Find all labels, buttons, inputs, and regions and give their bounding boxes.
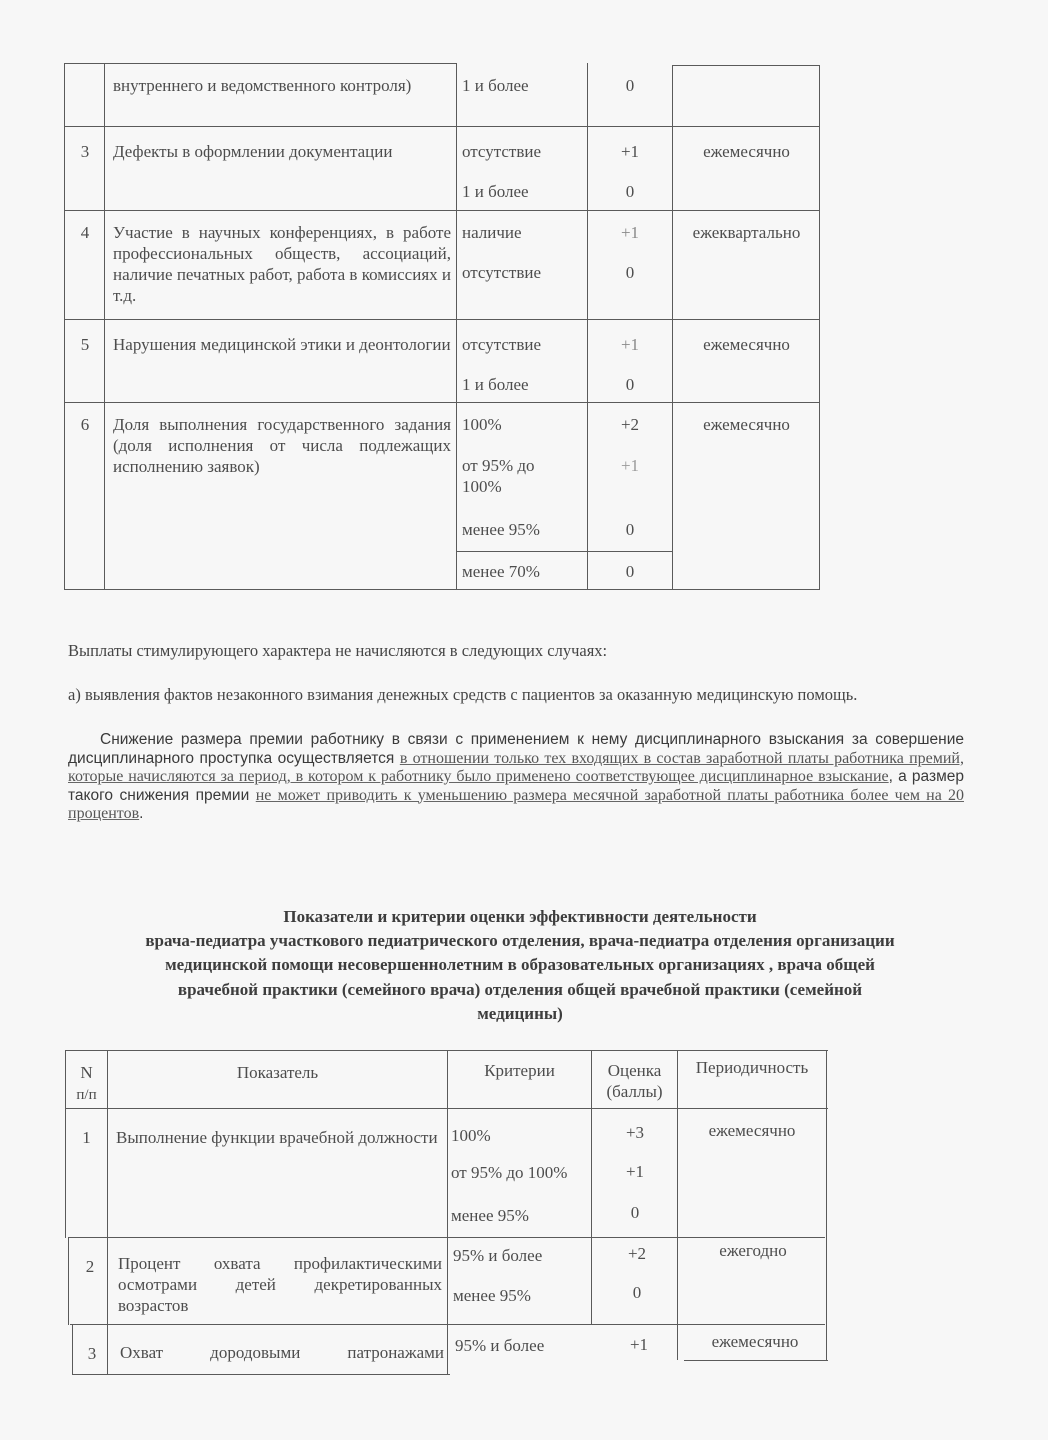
- table-border: [64, 63, 65, 590]
- header-criteria: Критерии: [448, 1060, 591, 1081]
- no-payment-heading: Выплаты стимулирующего характера не начи…: [68, 641, 964, 661]
- table-border: [677, 1050, 678, 1360]
- score-cell: +1: [590, 222, 670, 243]
- indicator-cell: Доля выполнения государственного задания…: [113, 414, 451, 477]
- section-title-line-5: медицины): [60, 1003, 980, 1026]
- period-cell: ежемесячно: [674, 414, 819, 435]
- period-cell: ежеквартально: [674, 222, 819, 243]
- score-cell: +1: [590, 334, 670, 355]
- score-cell: +2: [596, 1243, 678, 1264]
- table-border: [64, 402, 820, 403]
- table-border: [587, 63, 588, 590]
- score-cell: +3: [594, 1122, 676, 1143]
- table-border: [672, 65, 820, 66]
- table-border: [672, 65, 673, 590]
- row-number: 3: [74, 1343, 110, 1364]
- criteria-cell: отсутствие: [462, 141, 541, 162]
- indicator-cell: Процент охвата профилактическими осмотра…: [118, 1253, 442, 1316]
- score-cell: 0: [596, 1282, 678, 1303]
- criteria-cell: менее 95%: [453, 1285, 531, 1306]
- score-cell: 0: [590, 519, 670, 540]
- score-cell: +2: [590, 414, 670, 435]
- table-border: [104, 63, 105, 590]
- score-cell: 0: [590, 262, 670, 283]
- indicator-cell: Дефекты в оформлении документации: [113, 141, 451, 162]
- table-border: [72, 1374, 450, 1375]
- criteria-cell: 1 и более: [462, 181, 529, 202]
- period-cell: ежемесячно: [674, 141, 819, 162]
- table-border: [684, 1360, 828, 1361]
- score-cell: +1: [590, 455, 670, 476]
- criteria-cell: от 95% до 100%: [451, 1162, 567, 1183]
- header-period: Периодичность: [678, 1057, 826, 1078]
- score-cell: +1: [594, 1161, 676, 1182]
- criteria-cell: 100%: [462, 414, 502, 435]
- period-cell: ежемесячно: [678, 1120, 826, 1141]
- case-a-paragraph: а) выявления фактов незаконного взимания…: [68, 685, 964, 705]
- header-num-line2: п/п: [66, 1085, 107, 1106]
- table-border: [64, 63, 456, 64]
- indicator-cell: Нарушения медицинской этики и деонтологи…: [113, 334, 451, 355]
- row-number: 4: [66, 222, 104, 243]
- indicator-cell: Участие в научных конференциях, в работе…: [113, 222, 451, 306]
- section-title-line-2: врача-педиатра участкового педиатрическо…: [60, 930, 980, 953]
- score-cell: +1: [598, 1334, 680, 1355]
- table-border: [826, 1050, 827, 1360]
- section-title-line-4: врачебной практики (семейного врача) отд…: [60, 979, 980, 1002]
- criteria-cell: 95% и более: [455, 1335, 544, 1356]
- period-cell: ежегодно: [680, 1240, 826, 1261]
- criteria-cell: отсутствие: [462, 334, 541, 355]
- section-title-line-3: медицинской помощи несовершеннолетним в …: [60, 954, 980, 977]
- criteria-cell: 95% и более: [453, 1245, 542, 1266]
- criteria-cell: менее 95%: [462, 519, 540, 540]
- table-border: [819, 65, 820, 590]
- section-title-line-1: Показатели и критерии оценки эффективнос…: [60, 906, 980, 929]
- criteria-cell: наличие: [462, 222, 522, 243]
- table-border: [456, 551, 672, 552]
- table-border: [64, 210, 820, 211]
- period-cell: ежемесячно: [684, 1331, 826, 1352]
- criteria-cell: 1 и более: [462, 75, 529, 96]
- reduction-end: .: [139, 805, 143, 822]
- criteria-cell: отсутствие: [462, 262, 541, 283]
- score-cell: 0: [590, 75, 670, 96]
- indicator-cell: Выполнение функции врачебной должности: [116, 1127, 440, 1148]
- score-cell: 0: [590, 561, 670, 582]
- criteria-cell: менее 95%: [451, 1205, 529, 1226]
- header-score-line2: (баллы): [592, 1081, 677, 1102]
- header-indicator: Показатель: [108, 1062, 447, 1083]
- table-border: [107, 1050, 108, 1375]
- header-num-line1: N: [66, 1062, 107, 1083]
- table-border: [72, 1324, 73, 1375]
- criteria-cell: 1 и более: [462, 374, 529, 395]
- header-score-line1: Оценка: [592, 1060, 677, 1081]
- table-border: [64, 589, 820, 590]
- row-number: 6: [66, 414, 104, 435]
- indicator-cell: Охват дородовыми патронажами: [120, 1342, 444, 1363]
- score-cell: +1: [590, 141, 670, 162]
- table-border: [64, 126, 820, 127]
- indicator-cell: внутреннего и ведомственного контроля): [113, 75, 451, 96]
- table-border: [64, 319, 820, 320]
- table-border: [456, 63, 457, 590]
- score-cell: 0: [594, 1202, 676, 1223]
- reduction-paragraph: Снижение размера премии работнику в связ…: [68, 731, 964, 824]
- table-border: [447, 1050, 448, 1375]
- row-number: 5: [66, 334, 104, 355]
- score-cell: 0: [590, 374, 670, 395]
- criteria-cell: 100%: [451, 1125, 491, 1146]
- score-cell: 0: [590, 181, 670, 202]
- table-border: [68, 1237, 69, 1325]
- criteria-cell: менее 70%: [462, 561, 540, 582]
- row-number: 1: [66, 1127, 107, 1148]
- period-cell: ежемесячно: [674, 334, 819, 355]
- criteria-cell: от 95% до 100%: [462, 455, 572, 497]
- row-number: 2: [70, 1256, 110, 1277]
- row-number: 3: [66, 141, 104, 162]
